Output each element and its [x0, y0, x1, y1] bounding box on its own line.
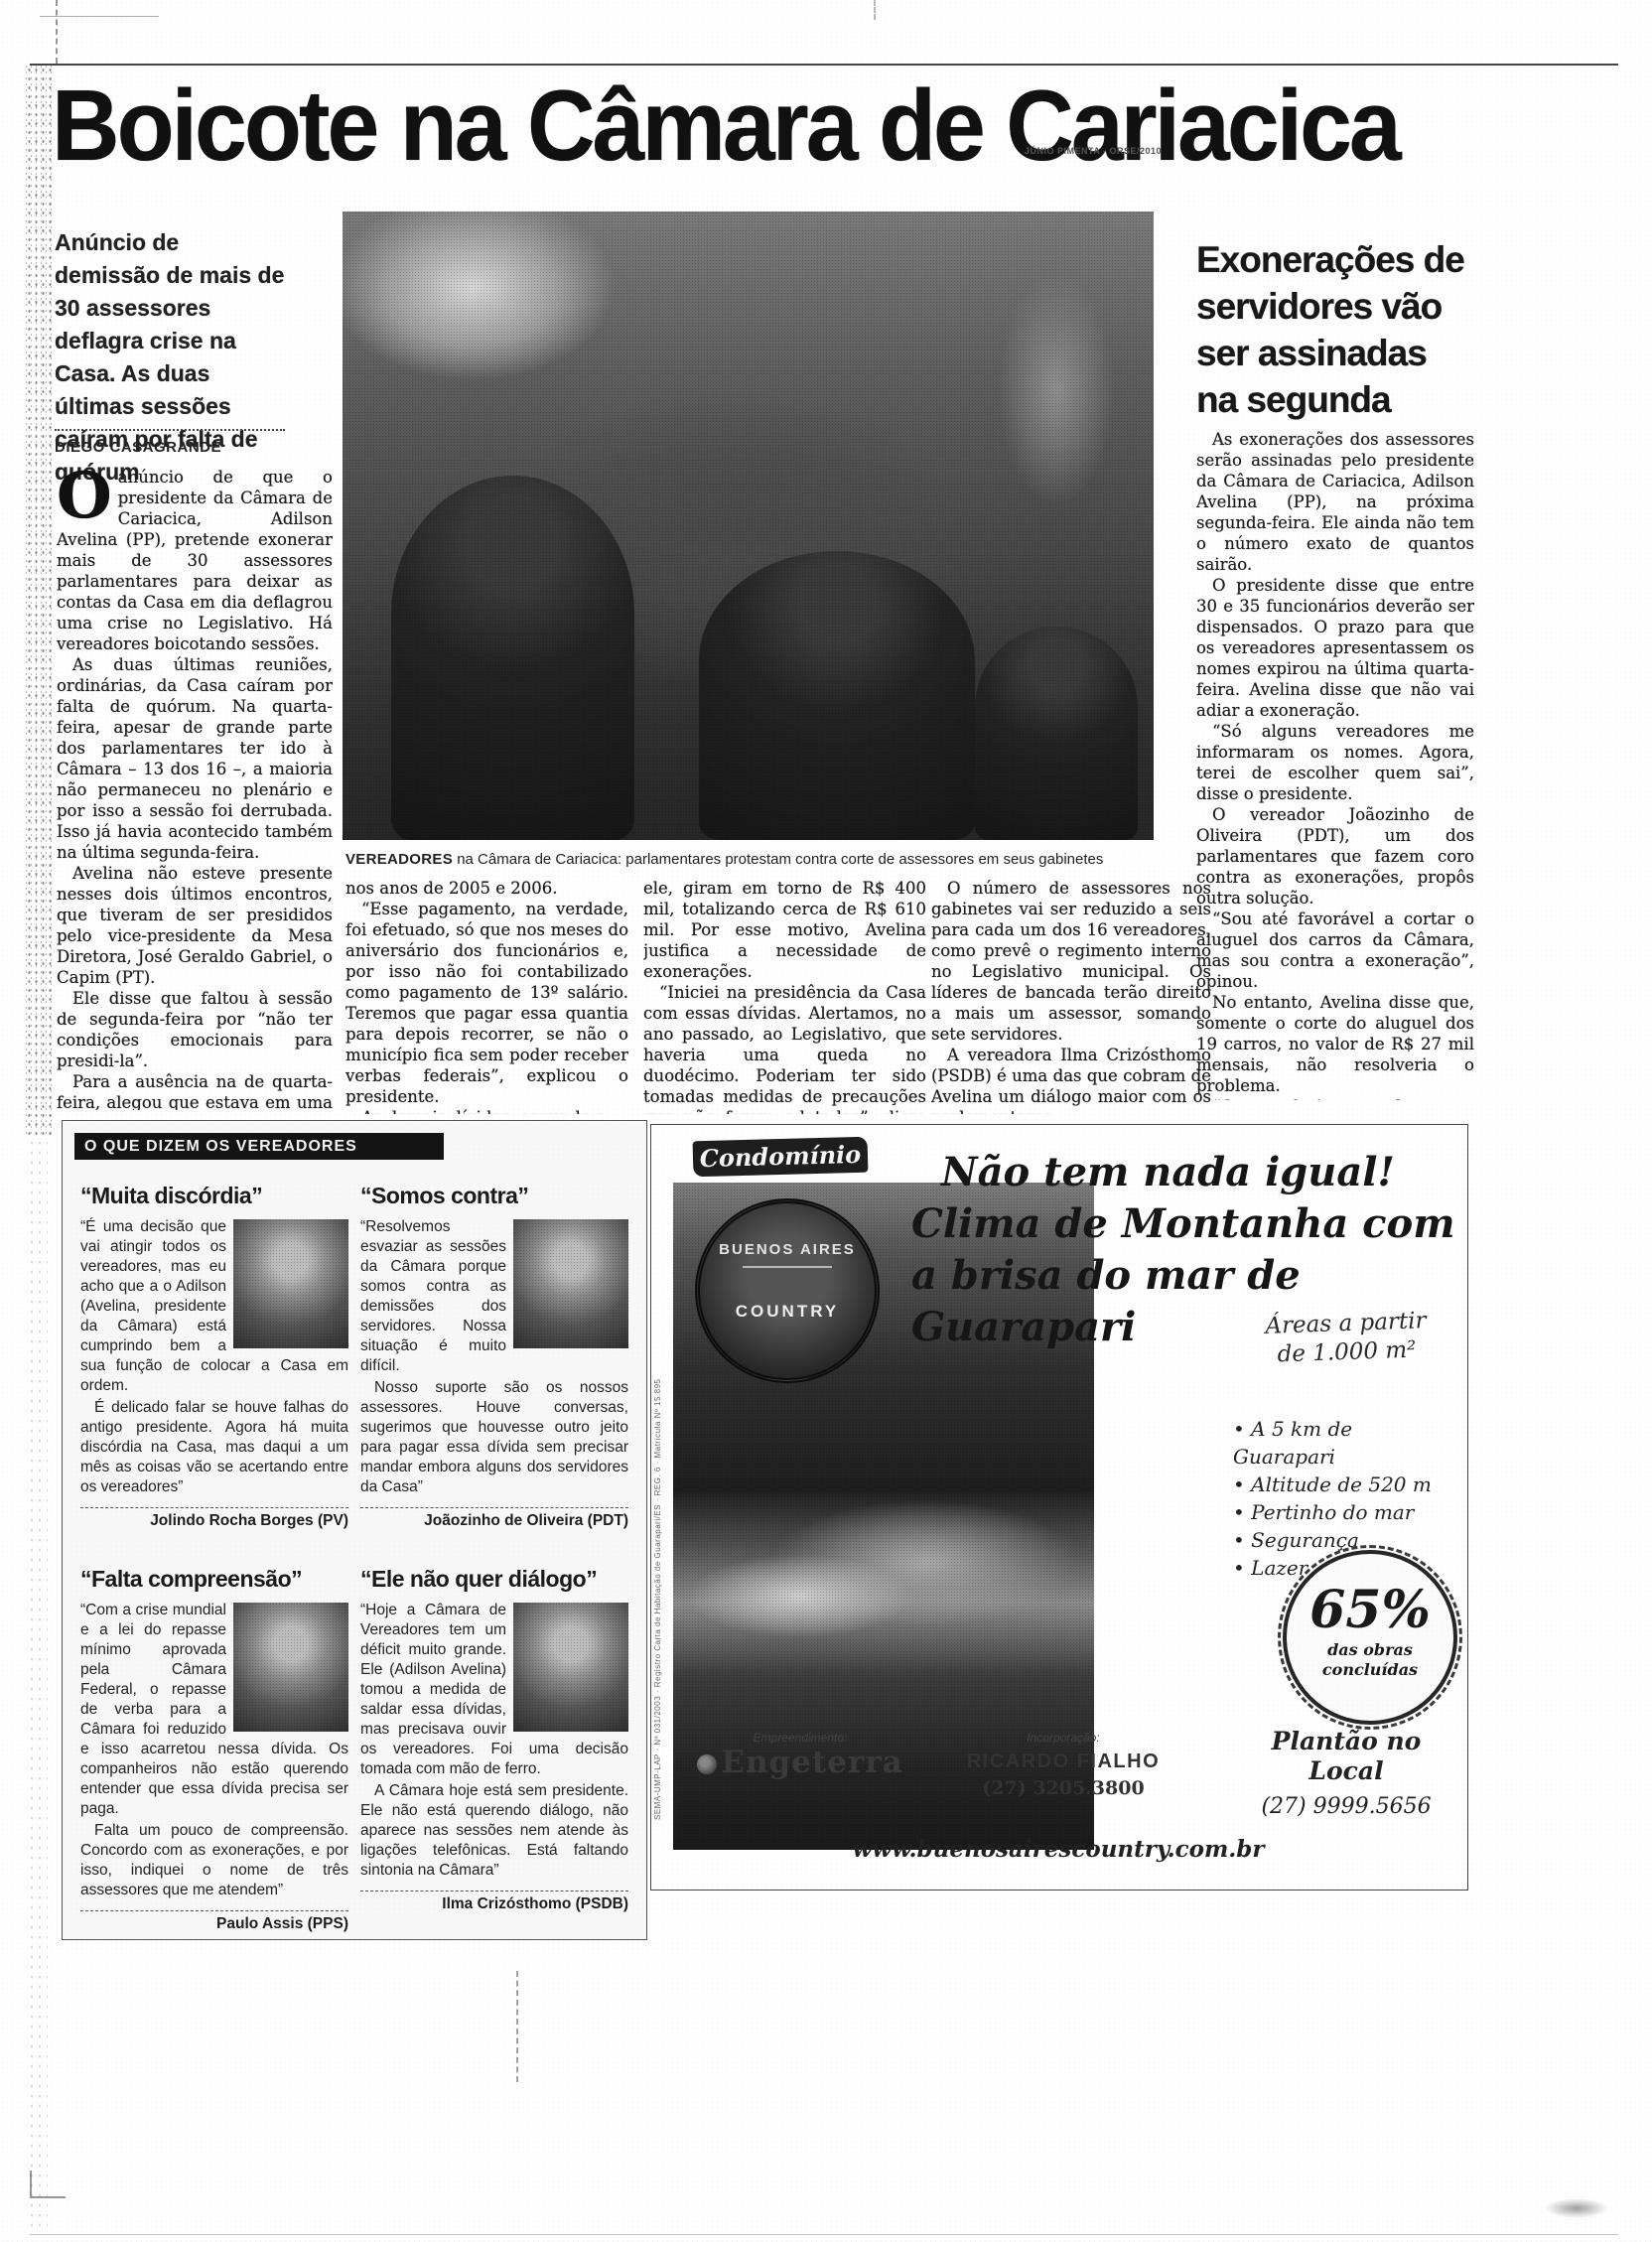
engeterra-logo: Engeterra — [691, 1745, 909, 1780]
quote-text: A Câmara hoje está sem presidente. Ele n… — [360, 1781, 628, 1881]
article-paragraph: As duas últimas reuniões, ordinárias, da… — [57, 654, 333, 863]
attribution-rule — [80, 1507, 348, 1508]
sidebar-headline: Exonerações de servidores vão ser assina… — [1196, 236, 1474, 423]
ad-onsite-sales-block: Plantão no Local (27) 9999.5656 — [1237, 1727, 1455, 1819]
sidebar-paragraph: No entanto, Avelina disse que, somente o… — [1196, 992, 1474, 1096]
scan-top-mark — [40, 16, 159, 17]
article-paragraph: ele, giram em torno de R$ 400 mil, total… — [643, 878, 926, 982]
councilors-quotes-box: O QUE DIZEM OS VEREADORES “Muita discórd… — [62, 1120, 647, 1940]
ad-broker-name: RICARDO FIALHO — [949, 1751, 1177, 1773]
ad-areas-note: Áreas a partir de 1.000 m² — [1246, 1307, 1446, 1371]
scan-top-rule — [30, 64, 1618, 66]
ad-headline-line: Não tem nada igual! — [941, 1147, 1455, 1198]
ad-feature-item: A 5 km de Guarapari — [1233, 1415, 1451, 1471]
photo-figure-silhouette — [391, 476, 634, 840]
fold-mark-center — [874, 0, 876, 20]
ad-legal-fineprint: SEMA-UMP-LAP · Nº 031/2003 · Registro Ca… — [653, 1185, 665, 1820]
ad-website: www.buenosairescountry.com.br — [830, 1836, 1287, 1863]
ad-developer-block: Empreendimento: Engeterra — [691, 1731, 909, 1780]
ad-onsite-phone: (27) 9999.5656 — [1237, 1794, 1455, 1819]
article-paragraph: nos anos de 2005 e 2006. — [345, 878, 628, 899]
quote-jolindo: “Muita discórdia” “É uma decisão que vai… — [80, 1183, 348, 1530]
quote-text: Nosso suporte são os nossos assessores. … — [360, 1378, 628, 1497]
photo-credit: JÚNIO PIMENTA - ORSE/2010 — [1025, 146, 1162, 156]
quote-headline: “Muita discórdia” — [80, 1183, 348, 1209]
ad-developer-label: Empreendimento: — [691, 1731, 909, 1745]
logo-divider — [743, 1266, 832, 1268]
newspaper-page-scan: Boicote na Câmara de Cariacica JÚNIO PIM… — [0, 0, 1652, 2242]
ad-feature-item: Pertinho do mar — [1233, 1498, 1451, 1526]
quote-author: Joãozinho de Oliveira (PDT) — [360, 1512, 628, 1530]
sidebar-paragraph: O presidente disse que entre 30 e 35 fun… — [1196, 575, 1474, 721]
photo-caption-text: na Câmara de Cariacica: parlamentares pr… — [453, 851, 1103, 868]
councilor-portrait — [513, 1603, 628, 1732]
ad-progress-caption-line: das obras — [1287, 1640, 1453, 1660]
scan-smudge — [1545, 2198, 1608, 2218]
photo-figure-silhouette — [699, 551, 975, 840]
council-chamber-photo — [343, 211, 1154, 840]
quote-text: Falta um pouco de compreensão. Concordo … — [80, 1821, 348, 1900]
crop-corner-mark — [30, 2171, 66, 2198]
sidebar-paragraph: “Sou até favorável a cortar o aluguel do… — [1196, 909, 1474, 992]
scan-noise-strip — [26, 66, 52, 1138]
deck-rule — [55, 429, 285, 431]
sidebar-paragraph: O vereador Joãozinho de Oliveira (PDT), … — [1196, 804, 1474, 909]
drop-cap: O — [57, 467, 118, 522]
ad-broker-block: Incorporação: RICARDO FIALHO (27) 3205.3… — [949, 1731, 1177, 1799]
quote-joaozinho: “Somos contra” “Resolvemos esvaziar as s… — [360, 1183, 628, 1530]
fold-mark-top — [56, 0, 58, 64]
engeterra-logo-text: Engeterra — [721, 1745, 902, 1780]
byline: DIEGO CASAGRANDE — [55, 439, 221, 456]
ad-progress-badge: 65% das obras concluídas — [1283, 1550, 1457, 1725]
quote-author: Ilma Crizósthomo (PSDB) — [360, 1895, 628, 1913]
ad-headline-line: Clima de Montanha com — [911, 1198, 1455, 1250]
ad-progress-caption-line: concluídas — [1287, 1660, 1453, 1680]
photo-caption: VEREADORES na Câmara de Cariacica: parla… — [345, 850, 1152, 869]
scan-noise-strip-lower — [28, 1138, 48, 2230]
article-paragraph: “Esse pagamento, na verdade, foi efetuad… — [345, 899, 628, 1107]
logo-text-top: BUENOS AIRES — [700, 1241, 875, 1258]
page-title: Boicote na Câmara de Cariacica — [52, 70, 1481, 185]
ad-progress-percent: 65% — [1287, 1580, 1453, 1640]
logo-text-bottom: COUNTRY — [700, 1302, 875, 1322]
sidebar-paragraph: “O que daria para fazer era cancelar o a… — [1196, 1096, 1474, 1100]
quote-headline: “Falta compreensão” — [80, 1566, 348, 1593]
scan-bottom-rule — [30, 2234, 1618, 2235]
councilor-portrait — [513, 1219, 628, 1348]
article-paragraph: Avelina não esteve presente nesses dois … — [57, 863, 333, 988]
article-column-1: Oanúncio de que o presidente da Câmara d… — [57, 467, 333, 1110]
quote-headline: “Somos contra” — [360, 1183, 628, 1209]
article-paragraph: “Iniciei na presidência da Casa com essa… — [643, 982, 926, 1114]
article-column-4: O número de assessores nos gabinetes vai… — [931, 878, 1211, 1114]
ad-areas-line: de 1.000 m² — [1247, 1335, 1446, 1371]
sidebar-paragraph: “Só alguns vereadores me informaram os n… — [1196, 721, 1474, 804]
article-column-2: nos anos de 2005 e 2006. “Esse pagamento… — [345, 878, 628, 1114]
article-paragraph: Ele disse que faltou à sessão de segunda… — [57, 988, 333, 1071]
quote-author: Jolindo Rocha Borges (PV) — [80, 1512, 348, 1530]
article-paragraph: Oanúncio de que o presidente da Câmara d… — [57, 467, 333, 654]
quotes-box-title-bar: O QUE DIZEM OS VEREADORES — [74, 1133, 444, 1160]
article-column-3: ele, giram em torno de R$ 400 mil, total… — [643, 878, 926, 1114]
quote-headline: “Ele não quer diálogo” — [360, 1566, 628, 1593]
councilor-portrait — [233, 1603, 348, 1732]
ad-onsite-label: Plantão no Local — [1237, 1727, 1455, 1786]
quote-author: Paulo Assis (PPS) — [80, 1915, 348, 1933]
photo-figure-silhouette — [975, 627, 1137, 840]
article-paragraph: As demais dívidas, segundo o — [345, 1107, 628, 1114]
attribution-rule — [360, 1507, 628, 1508]
condominium-advertisement: SEMA-UMP-LAP · Nº 031/2003 · Registro Ca… — [650, 1124, 1468, 1891]
quote-text: É delicado falar se houve falhas do anti… — [80, 1398, 348, 1497]
fold-mark-bottom — [516, 1971, 518, 2082]
article-paragraph: A vereadora Ilma Crizósthomo (PSDB) é um… — [931, 1045, 1211, 1114]
article-paragraph: O número de assessores nos gabinetes vai… — [931, 878, 1211, 1045]
sidebar-paragraph: As exonerações dos assessores serão assi… — [1196, 429, 1474, 575]
quote-ilma: “Ele não quer diálogo” “Hoje a Câmara de… — [360, 1566, 628, 1913]
engeterra-mark-icon — [697, 1754, 717, 1774]
quote-paulo: “Falta compreensão” “Com a crise mundial… — [80, 1566, 348, 1933]
councilor-portrait — [233, 1219, 348, 1348]
buenos-aires-country-logo: BUENOS AIRES COUNTRY — [695, 1198, 880, 1383]
attribution-rule — [80, 1910, 348, 1911]
sidebar-article: As exonerações dos assessores serão assi… — [1196, 429, 1474, 1100]
ad-progress-caption: das obras concluídas — [1287, 1640, 1453, 1680]
ad-broker-phone: (27) 3205.3800 — [949, 1777, 1177, 1799]
ad-condominio-ribbon: Condomínio — [693, 1137, 869, 1178]
article-paragraph: Para a ausência na de quarta-feira, aleg… — [57, 1071, 333, 1110]
attribution-rule — [360, 1891, 628, 1892]
ad-broker-label: Incorporação: — [949, 1731, 1177, 1745]
ad-feature-item: Altitude de 520 m — [1233, 1471, 1451, 1498]
photo-caption-lead: VEREADORES — [345, 851, 453, 868]
